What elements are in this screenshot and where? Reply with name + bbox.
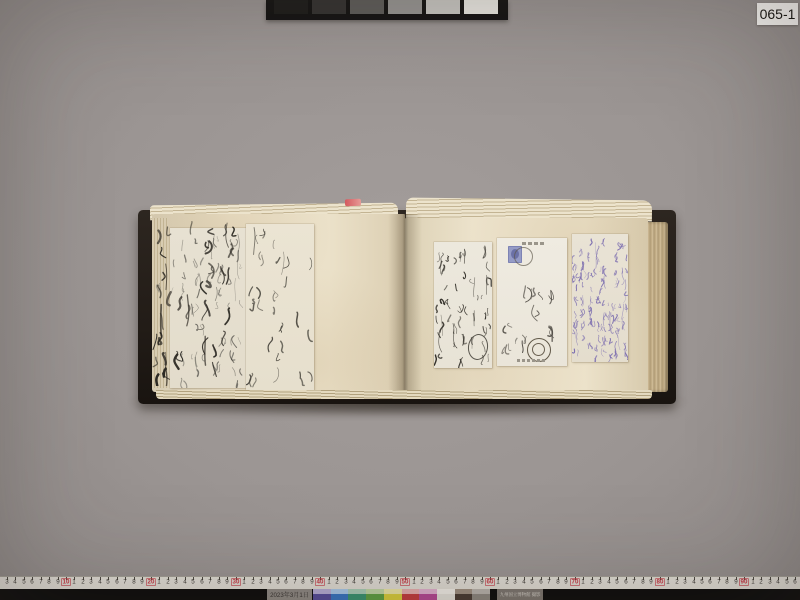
ruler-number: 4 (353, 579, 356, 585)
color-patch-column (313, 589, 331, 600)
ruler-number: 7 (378, 579, 381, 585)
ruler-number: 4 (522, 579, 525, 585)
color-patch-saturated (313, 594, 331, 600)
ruler-number: 8 (132, 579, 135, 585)
ruler-number: 1 (327, 579, 330, 585)
color-patch-column (331, 589, 349, 600)
left-page (152, 214, 405, 392)
ruler-number: 3 (599, 579, 602, 585)
ruler-number: 9 (310, 579, 313, 585)
color-patch-column (384, 589, 402, 600)
ruler-number: 9 (56, 579, 59, 585)
medium-calligraphy (246, 224, 314, 390)
ruler-number: 8 (641, 579, 644, 585)
ruler-number: 9 (480, 579, 483, 585)
ruler-number: 5 (700, 579, 703, 585)
measurement-ruler: 2345678910123456789201234567893012345678… (0, 576, 800, 590)
ruler-number: 6 (709, 579, 712, 585)
ruler-number-ten: 90 (740, 579, 748, 585)
red-paper-sliver (345, 199, 361, 207)
ruler-number: 7 (39, 579, 42, 585)
ruler-number: 3 (5, 579, 8, 585)
ruler-number: 1 (158, 579, 161, 585)
capture-date-label: 2023年3月1日 (267, 589, 312, 600)
ruler-number: 4 (183, 579, 186, 585)
ruler-number: 6 (454, 579, 457, 585)
ruler-number: 2 (590, 579, 593, 585)
ruler-number: 2 (251, 579, 254, 585)
ruler-number: 3 (175, 579, 178, 585)
ruler-number: 1 (666, 579, 669, 585)
color-patch-saturated (437, 594, 455, 600)
ruler-number-ten: 30 (232, 579, 240, 585)
ruler-number: 7 (632, 579, 635, 585)
ruler-number: 1 (751, 579, 754, 585)
ruler-number: 4 (98, 579, 101, 585)
photo-number-text: 065-1 (760, 6, 796, 22)
ruler-number: 1 (412, 579, 415, 585)
ruler-number: 2 (675, 579, 678, 585)
ruler-number: 5 (615, 579, 618, 585)
ruler-number: 7 (463, 579, 466, 585)
color-patch-column (366, 589, 384, 600)
ruler-number: 5 (785, 579, 788, 585)
ruler-number: 6 (285, 579, 288, 585)
bottom-strip: 2023年3月1日 九州国立博物館 撮影 (0, 589, 800, 600)
ruler-number: 4 (777, 579, 780, 585)
color-patch-column (419, 589, 437, 600)
ruler-number: 6 (30, 579, 33, 585)
postcard-printed-footer (517, 359, 547, 362)
ruler-number: 4 (692, 579, 695, 585)
ruler-number-ten: 50 (401, 579, 409, 585)
ruler-number: 8 (47, 579, 50, 585)
ruler-number: 8 (556, 579, 559, 585)
book-gutter-shadow (388, 214, 422, 394)
bold-calligraphy (152, 214, 238, 386)
ruler-number: 7 (717, 579, 720, 585)
ruler-number: 1 (582, 579, 585, 585)
ruler-number: 7 (548, 579, 551, 585)
violet-ink-card (572, 234, 628, 362)
grayscale-patch (388, 0, 422, 14)
ruler-number: 2 (420, 579, 423, 585)
ruler-number: 4 (268, 579, 271, 585)
ruler-number-ten: 60 (486, 579, 494, 585)
ruler-number: 9 (225, 579, 228, 585)
ruler-number: 7 (208, 579, 211, 585)
postcard-printed-heading (519, 242, 547, 245)
color-patch-column (472, 589, 490, 600)
pasted-letter-card (434, 242, 492, 368)
ruler-number-ten: 10 (62, 579, 70, 585)
ruler-number: 9 (141, 579, 144, 585)
ruler-number: 9 (649, 579, 652, 585)
ruler-number: 5 (22, 579, 25, 585)
color-patch-column (402, 589, 420, 600)
photo-number-label: 065-1 (757, 3, 798, 25)
color-patch-saturated (455, 594, 473, 600)
color-patch-saturated (419, 594, 437, 600)
ruler-number: 1 (73, 579, 76, 585)
ruler-number: 6 (115, 579, 118, 585)
ruler-number: 4 (437, 579, 440, 585)
ruler-number: 3 (514, 579, 517, 585)
ruler-number: 6 (370, 579, 373, 585)
ruler-number: 5 (446, 579, 449, 585)
ruler-number: 6 (539, 579, 542, 585)
ruler-number: 1 (242, 579, 245, 585)
postcard (497, 238, 567, 366)
ruler-number: 3 (683, 579, 686, 585)
ruler-number: 5 (107, 579, 110, 585)
ruler-number: 5 (276, 579, 279, 585)
ruler-number: 9 (565, 579, 568, 585)
museum-credit-label: 九州国立博物館 撮影 (497, 589, 543, 600)
color-patch-column (455, 589, 473, 600)
ruler-number: 2 (81, 579, 84, 585)
color-patch-column (348, 589, 366, 600)
ruler-number: 5 (531, 579, 534, 585)
color-patch-saturated (384, 594, 402, 600)
capture-date-text: 2023年3月1日 (270, 590, 309, 599)
grayscale-patch (464, 0, 498, 14)
ruler-number: 6 (794, 579, 797, 585)
ruler-number: 3 (344, 579, 347, 585)
ruler-number: 8 (726, 579, 729, 585)
ruler-number: 6 (624, 579, 627, 585)
ruler-number: 2 (505, 579, 508, 585)
ruler-number: 9 (395, 579, 398, 585)
color-calibration-bar (313, 589, 490, 600)
grayscale-patch (426, 0, 460, 14)
ruler-number: 5 (191, 579, 194, 585)
color-patch-saturated (366, 594, 384, 600)
ruler-number: 7 (293, 579, 296, 585)
grayscale-patch (312, 0, 346, 14)
grayscale-patch (350, 0, 384, 14)
ruler-number: 5 (361, 579, 364, 585)
ruler-number: 3 (429, 579, 432, 585)
ruler-number: 2 (166, 579, 169, 585)
sender-scribble (501, 316, 527, 358)
ruler-number: 1 (497, 579, 500, 585)
pasted-letter-medium (246, 224, 314, 390)
ruler-number: 2 (760, 579, 763, 585)
ruler-number: 3 (90, 579, 93, 585)
right-page (405, 218, 648, 396)
open-scrapbook (138, 198, 676, 408)
violet-calligraphy (572, 234, 628, 362)
color-patch-saturated (402, 594, 420, 600)
ruler-number: 8 (387, 579, 390, 585)
ruler-number-ten: 20 (147, 579, 155, 585)
ruler-number: 4 (13, 579, 16, 585)
grayscale-patch (274, 0, 308, 14)
ruler-number: 8 (302, 579, 305, 585)
ruler-number: 3 (768, 579, 771, 585)
ruler-number: 7 (124, 579, 127, 585)
ruler-number: 3 (259, 579, 262, 585)
grayscale-calibration-bar (266, 0, 508, 20)
ruler-number: 6 (200, 579, 203, 585)
ruler-number: 9 (734, 579, 737, 585)
ruler-number: 8 (471, 579, 474, 585)
ruler-number-ten: 80 (656, 579, 664, 585)
color-patch-saturated (348, 594, 366, 600)
ruler-number: 2 (336, 579, 339, 585)
ruler-number: 4 (607, 579, 610, 585)
museum-credit-text: 九州国立博物館 撮影 (500, 591, 541, 597)
ruler-number-ten: 40 (316, 579, 324, 585)
page-edges-bottom (156, 390, 652, 399)
digitization-photo: 065-1 (0, 0, 800, 600)
color-patch-saturated (331, 594, 349, 600)
ruler-number: 8 (217, 579, 220, 585)
color-patch-column (437, 589, 455, 600)
ruler-number-ten: 70 (571, 579, 579, 585)
page-block-fore-edge (648, 222, 668, 392)
color-patch-saturated (472, 594, 490, 600)
